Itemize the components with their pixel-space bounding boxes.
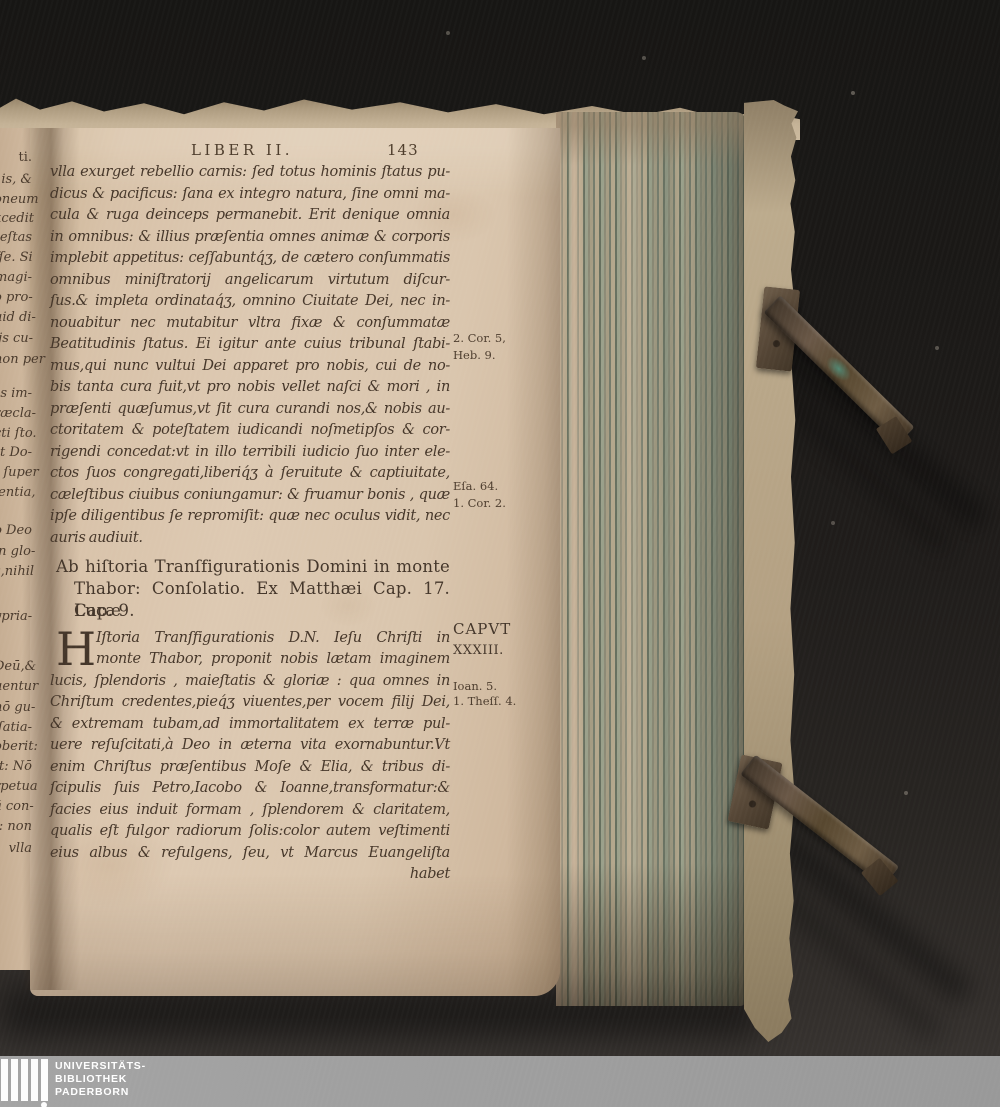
chapter-line: facies eius induit formam , ſplendorem &… [50,799,450,821]
left-fragment: ti. [0,150,32,165]
running-head: LIBER II. [52,141,432,159]
catchword: habet [50,863,450,885]
left-fragment: oneum [0,192,32,207]
left-fragment: cti ſto. [0,426,32,441]
heading-line: Cap. 9. [74,600,135,622]
chapter-line: ſcipulis ſuis Petro,Iacobo & Ioanne,tran… [50,777,450,799]
library-name: UNIVERSITÄTS- BIBLIOTHEK PADERBORN [55,1060,146,1099]
chapter-line: monte Thabor, proponit nobis lætam imagi… [96,648,450,670]
margin-note-caput: CAPVT [453,622,533,637]
left-fragment: ieſtas [0,230,32,245]
chapter-line: lucis, ſplendoris , maieſtatis & gloriæ … [50,670,450,692]
margin-note: 1. Cor. 2. [453,496,533,511]
left-fragment: is im- [0,386,32,401]
left-fragment: vlla [0,841,32,856]
text-line: cæleſtibus ciuibus coniungamur: & fruamu… [50,484,450,506]
dust-specks [0,0,2,2]
chapter-line: Iſtoria Tranſfigurationis D.N. Ieſu Chri… [96,627,450,649]
left-fragment: ā con- [0,799,32,814]
margin-note: Ioan. 5. [453,679,533,694]
library-footer-bar: UNIVERSITÄTS- BIBLIOTHEK PADERBORN [0,1056,1000,1107]
left-fragment: uid di- [0,310,32,325]
text-line: nouabitur nec mutabitur vltra fixæ & con… [50,312,450,334]
text-line: ctoritatem & poteſtatem iudicandi noſmet… [50,419,450,441]
logo-bar [1,1059,8,1101]
left-fragment: ypria- [0,609,32,624]
left-fragment: is, & [0,172,32,187]
text-line: implebit appetitus: ceſſabuntq́ʒ, de cæt… [50,247,450,269]
text-line: ipſe diligentibus ſe repromiſit: quæ nec… [50,505,450,527]
left-fragment: ientia, [0,485,32,500]
text-line: ctos ſuos congregati,liberiq́ʒ à ſeruitu… [50,462,450,484]
chapter-line: qualis eſt fulgor radiorum ſolis:color a… [50,820,450,842]
left-fragment: o pro- [0,290,32,305]
left-fragment: oberit: [0,739,32,754]
chapter-line: eius albus & refulgens, ſeu, vt Marcus E… [50,842,450,864]
text-line: auris audiuit. [50,527,450,549]
text-line: omnibus miniſtratorij angelicarum virtut… [50,269,450,291]
text-line: ſus.& impleta ordinataq́ʒ, omnino Ciuita… [50,290,450,312]
logo-bar [21,1059,28,1101]
margin-note: 2. Cor. 5, [453,331,533,346]
text-line: in omnibus: & illius præſentia omnes ani… [50,226,450,248]
left-fragment: it: Nō [0,759,32,774]
drop-cap: H [56,629,96,669]
library-name-line: BIBLIOTHEK [55,1073,146,1086]
text-line: Beatitudinis ſtatus. Ei igitur ante cuiu… [50,333,450,355]
left-fragment: non per [0,352,32,367]
library-name-line: UNIVERSITÄTS- [55,1060,146,1073]
left-fragment: s,nihil [0,564,32,579]
text-line: mus,qui nunc vultui Dei apparet pro nobi… [50,355,450,377]
left-fragment: t ſuper [0,465,32,480]
margin-note: Heb. 9. [453,348,533,363]
left-fragment: ſſe. Si [0,250,32,265]
left-fragment: ræcla- [0,406,32,421]
parchment-cover-edge [744,100,798,1042]
page-number: 143 [387,141,419,159]
margin-note: Eſa. 64. [453,479,533,494]
left-fragment: ijs cu- [0,331,32,346]
margin-note-caput: XXXIII. [453,643,533,658]
book-fore-edge-pages [556,112,746,1006]
left-fragment: nō gu- [0,700,32,715]
left-fragment: magi- [0,270,32,285]
left-fragment: xcedit [0,211,32,226]
logo-dot [41,1102,47,1107]
text-line: præſenti quæſumus,vt ſit cura curandi no… [50,398,450,420]
text-line: rigendi concedat:vt in illo terribili iu… [50,441,450,463]
logo-bar [41,1059,48,1101]
library-name-line: PADERBORN [55,1086,146,1099]
chapter-line: enim Chriſtus præſentibus Moſe & Elia, &… [50,756,450,778]
left-fragment: t Do- [0,445,32,460]
left-fragment: uentur [0,679,32,694]
logo-bar [31,1059,38,1101]
chapter-line: uere reſuſcitati,à Deo in æterna vita ex… [50,734,450,756]
left-fragment: rpetua [0,779,32,794]
text-line: cula & ruga deinceps permanebit. Erit de… [50,204,450,226]
heading-line: Ab hiſtoria Tranſfigurationis Domini in … [56,556,450,578]
clasp-tip [861,858,899,896]
text-line: bis tanta cura fuit,vt pro nobis vellet … [50,376,450,398]
logo-bar [11,1059,18,1101]
left-fragment: ſatia- [0,720,32,735]
left-fragment: in glo- [0,544,32,559]
left-fragment: o Deo [0,523,32,538]
text-line: vlla exurget rebellio carnis: ſed totus … [50,161,450,183]
chapter-line: Chriſtum credentes,pieq́ʒ viuentes,per v… [50,691,450,713]
margin-note: 1. Theſſ. 4. [453,694,533,709]
left-fragment: Deū,& [0,659,32,674]
text-line: dicus & pacificus: ſana ex integro natur… [50,183,450,205]
chapter-line: & extremam tubam,ad immortalitatem ex te… [50,713,450,735]
photo-background: ti. is, & oneum xcedit ieſtas ſſe. Si ma… [0,0,1000,1107]
left-fragment: : non [0,819,32,834]
